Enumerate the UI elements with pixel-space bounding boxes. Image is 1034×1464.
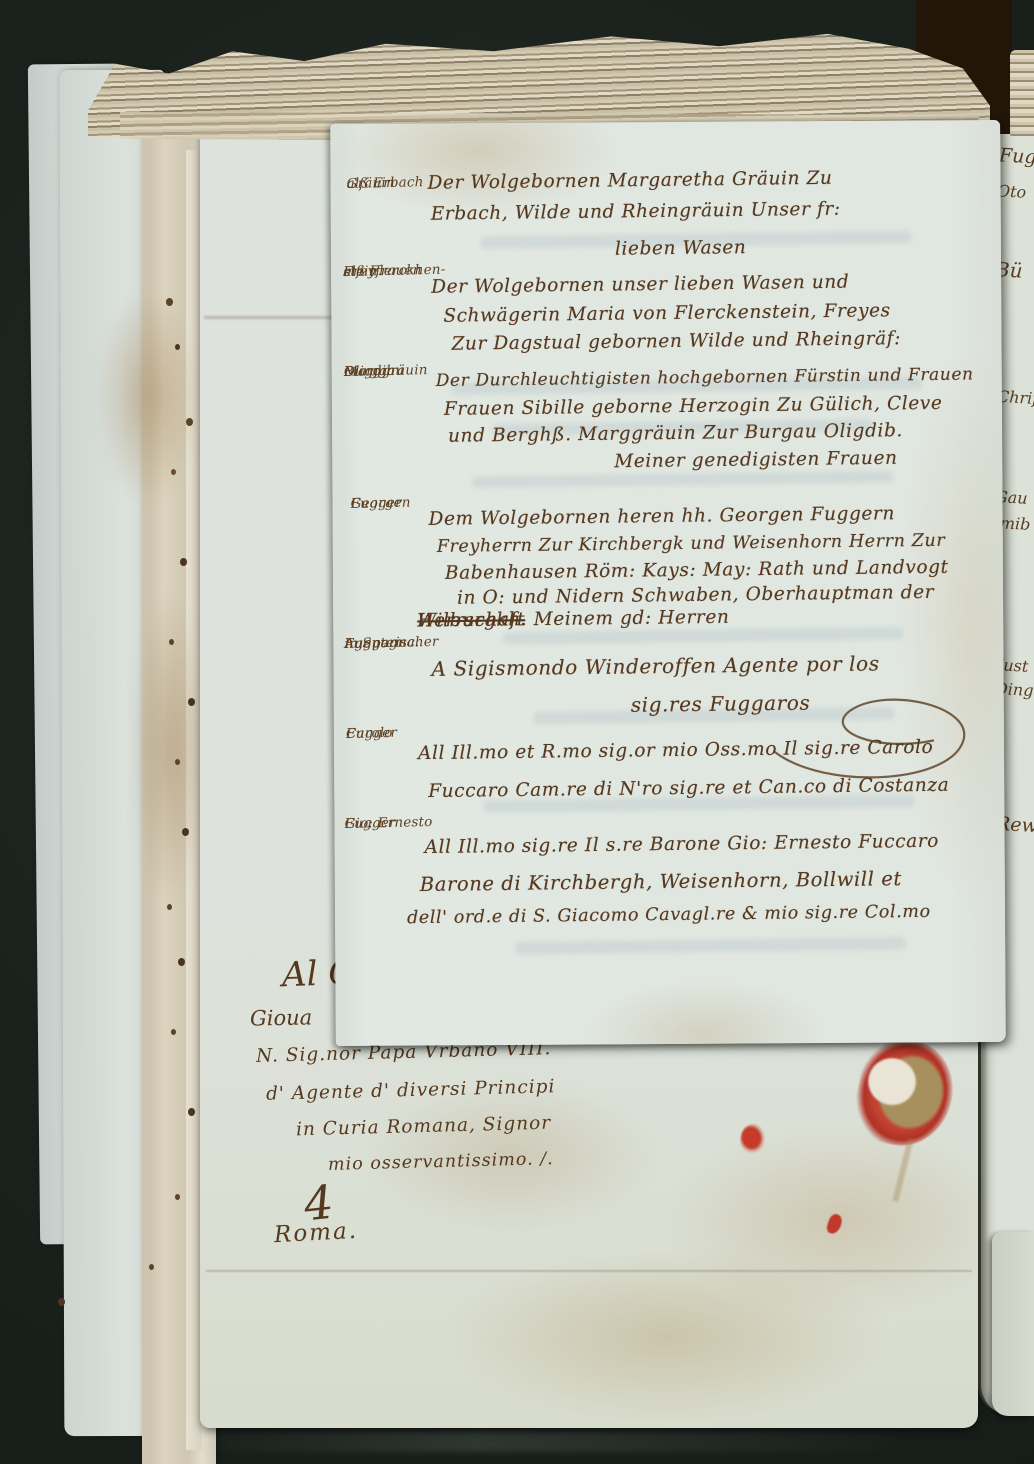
text-line: Meiner genedigisten Frauen — [614, 448, 898, 472]
main-manuscript-page: Gräuin alß Erbach Der Wolgebornen Margar… — [330, 120, 1006, 1046]
table-sheen — [180, 1432, 920, 1452]
text-line: lieben Wasen — [615, 237, 747, 260]
margin-line: Oligdib. — [344, 363, 400, 381]
text-line: Zur Dagstual gebornen Wilde und Rheingrä… — [451, 328, 901, 354]
text-line: Babenhausen Röm: Kays: May: Rath und Lan… — [445, 557, 949, 584]
margin-line: Carolo — [346, 725, 393, 743]
text-line: Freyherrn Zur Kirchbergk und Weisenhorn … — [437, 531, 946, 557]
address-line: in Curia Romana, Signor — [296, 1113, 552, 1141]
text-line: Der Wolgebornen Margaretha Gräuin Zu — [427, 168, 832, 194]
text-line: Frauen Sibille geborne Herzogin Zu Gülic… — [444, 393, 943, 420]
bleedthrough — [503, 627, 903, 644]
text-line: in O: und Nidern Schwaben, Oberhauptman … — [457, 582, 934, 609]
margin-line: Gio: Ernesto — [344, 814, 432, 833]
wax-seal-tail — [892, 1138, 913, 1202]
ink-specks — [0, 0, 3, 4]
wax-seal — [848, 1031, 962, 1154]
margin-line: stein. — [343, 263, 382, 281]
address-line: Gioua — [250, 1005, 313, 1030]
wax-dot — [825, 1212, 844, 1235]
paper-stain — [120, 560, 210, 940]
address-line: mio osservantissimo. /. — [328, 1149, 554, 1175]
right-page-top-edge — [1010, 50, 1034, 136]
bleedthrough — [472, 471, 892, 487]
bleedthrough — [515, 937, 905, 954]
margin-line: alß Erbach — [347, 174, 424, 193]
fragment-text: Oto — [997, 181, 1027, 202]
text-line: Schwägerin Maria von Flerckenstein, Frey… — [443, 300, 891, 326]
text-line: Erbach, Wilde und Rheingräuin Unser fr: — [431, 199, 841, 225]
text-line-rest: Wilburgkh. Meinem gd: Herren — [417, 607, 729, 632]
text-line: sig.res Fuggaros — [631, 691, 811, 717]
text-line: Dem Wolgebornen heren hh. Georgen Fugger… — [428, 503, 895, 530]
sheet-fold-line — [204, 316, 338, 319]
text-line: A Sigismondo Winderoffen Agente por los — [431, 651, 879, 680]
bottom-right-sheet — [992, 1232, 1034, 1416]
wax-drop — [737, 1122, 769, 1157]
fragment-text: Chrif — [997, 387, 1034, 408]
text-line: und Berghß. Marggräuin Zur Burgau Oligdi… — [448, 420, 903, 447]
address-place: Roma. — [273, 1218, 358, 1248]
paper-stain — [92, 300, 202, 540]
text-line: Barone di Kirchbergh, Weisenhorn, Bollwi… — [420, 867, 902, 896]
margin-line: in Spagna. — [344, 634, 419, 653]
address-line: d' Agente d' diversi Principi — [266, 1076, 556, 1105]
text-line: Der Wolgebornen unser lieben Wasen und — [431, 272, 849, 298]
text-line: All Ill.mo sig.re Il s.re Barone Gio: Er… — [424, 831, 939, 858]
sheet-crease — [206, 1270, 972, 1272]
fragment-text: Fugge — [998, 144, 1034, 169]
margin-line: Georgen — [350, 495, 410, 513]
text-line: dell' ord.e di S. Giacomo Cavagl.re & mi… — [407, 902, 931, 928]
archive-photo: Fugge Oto Bü Chrif Gau fmib Just Ding Re… — [0, 0, 1034, 1464]
